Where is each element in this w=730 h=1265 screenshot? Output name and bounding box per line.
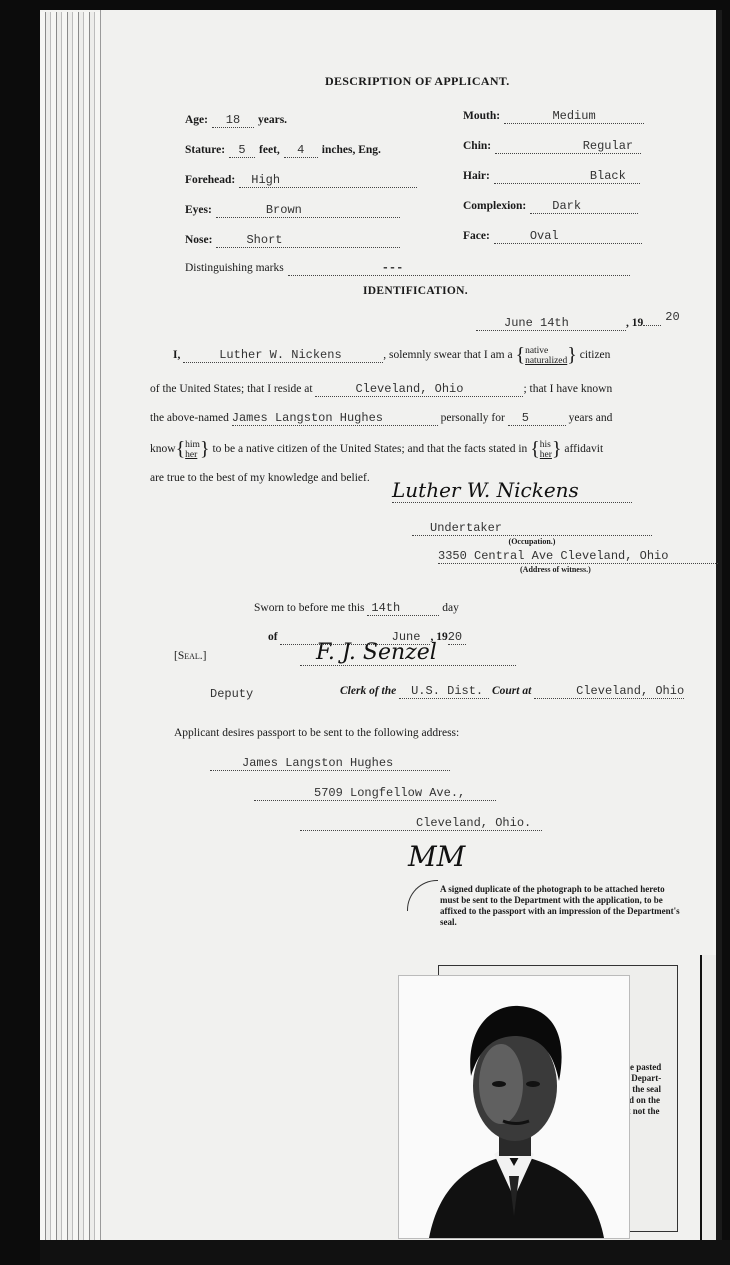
face-value: Oval bbox=[494, 229, 642, 244]
description-title: DESCRIPTION OF APPLICANT. bbox=[325, 74, 510, 89]
age-value: 18 bbox=[212, 113, 254, 128]
field-hair: Hair: Black bbox=[463, 166, 640, 184]
distinguishing-marks-value: --- bbox=[288, 261, 630, 276]
applicant-photograph bbox=[398, 975, 630, 1239]
mailing-name: James Langston Hughes bbox=[210, 756, 450, 771]
field-eyes: Eyes: Brown bbox=[185, 200, 400, 218]
court-name: U.S. Dist. bbox=[399, 684, 489, 699]
witness-residence: Cleveland, Ohio bbox=[315, 382, 523, 397]
clerk-court-line: Clerk of the U.S. Dist. Court at Clevela… bbox=[340, 684, 684, 699]
chin-value: Regular bbox=[495, 139, 641, 154]
clerk-initials: MM bbox=[408, 840, 465, 873]
oath-line-3: the above-named James Langston Hughes pe… bbox=[150, 411, 612, 426]
hair-value: Black bbox=[494, 169, 640, 184]
page-right-border bbox=[716, 10, 722, 1260]
partial-photo-instructions: be pasted e Depart- d the seal ed on the… bbox=[625, 1062, 661, 1117]
field-stature: Stature: 5 feet, 4 inches, Eng. bbox=[185, 140, 381, 158]
identification-date: June 14th, 19 20 bbox=[476, 313, 680, 331]
deputy-label: Deputy bbox=[210, 684, 253, 702]
identification-title: IDENTIFICATION. bbox=[363, 285, 468, 297]
mailing-street: 5709 Longfellow Ave., bbox=[254, 786, 496, 801]
complexion-value: Dark bbox=[530, 199, 638, 214]
photo-instructions: A signed duplicate of the photograph to … bbox=[440, 884, 680, 928]
field-face: Face: Oval bbox=[463, 226, 642, 244]
court-location: Cleveland, Ohio bbox=[534, 684, 684, 699]
field-age: Age: 18 years. bbox=[185, 110, 287, 128]
applicant-name: James Langston Hughes bbox=[232, 411, 438, 426]
field-distinguishing-marks: Distinguishing marks --- bbox=[185, 258, 630, 276]
scan-bottom-border bbox=[40, 1240, 730, 1265]
witness-occupation: Undertaker (Occupation.) bbox=[412, 521, 652, 546]
portrait-image bbox=[399, 976, 629, 1238]
oath-line-4: know{himher} to be a native citizen of t… bbox=[150, 438, 695, 461]
field-nose: Nose: Short bbox=[185, 230, 400, 248]
witness-signature: Luther W. Nickens bbox=[392, 478, 632, 503]
mailing-prompt: Applicant desires passport to be sent to… bbox=[174, 727, 459, 739]
forehead-value: High bbox=[239, 173, 417, 188]
mouth-value: Medium bbox=[504, 109, 644, 124]
nose-value: Short bbox=[216, 233, 400, 248]
seal-label: [Seal.] bbox=[174, 650, 206, 662]
oath-line-1: I, Luther W. Nickens, solemnly swear tha… bbox=[173, 344, 693, 367]
field-forehead: Forehead: High bbox=[185, 170, 417, 188]
field-chin: Chin: Regular bbox=[463, 136, 641, 154]
stacked-page-edges bbox=[40, 12, 102, 1260]
field-complexion: Complexion: Dark bbox=[463, 196, 638, 214]
adjacent-page-edge bbox=[700, 955, 716, 1245]
clerk-signature: F. J. Senzel bbox=[300, 640, 516, 666]
oath-line-2: of the United States; that I reside at C… bbox=[150, 382, 612, 397]
oath-line-5: are true to the best of my knowledge and… bbox=[150, 472, 370, 484]
witness-name: Luther W. Nickens bbox=[183, 348, 383, 363]
years-known: 5 bbox=[508, 411, 566, 426]
mailing-city: Cleveland, Ohio. bbox=[300, 816, 542, 831]
sworn-line: Sworn to before me this 14th day bbox=[254, 601, 459, 616]
witness-address: 3350 Central Ave Cleveland, Ohio (Addres… bbox=[438, 549, 718, 574]
stature-inches: 4 bbox=[284, 143, 318, 158]
eyes-value: Brown bbox=[216, 203, 400, 218]
sworn-day: 14th bbox=[367, 601, 439, 616]
stature-feet: 5 bbox=[229, 143, 255, 158]
field-mouth: Mouth: Medium bbox=[463, 106, 644, 124]
